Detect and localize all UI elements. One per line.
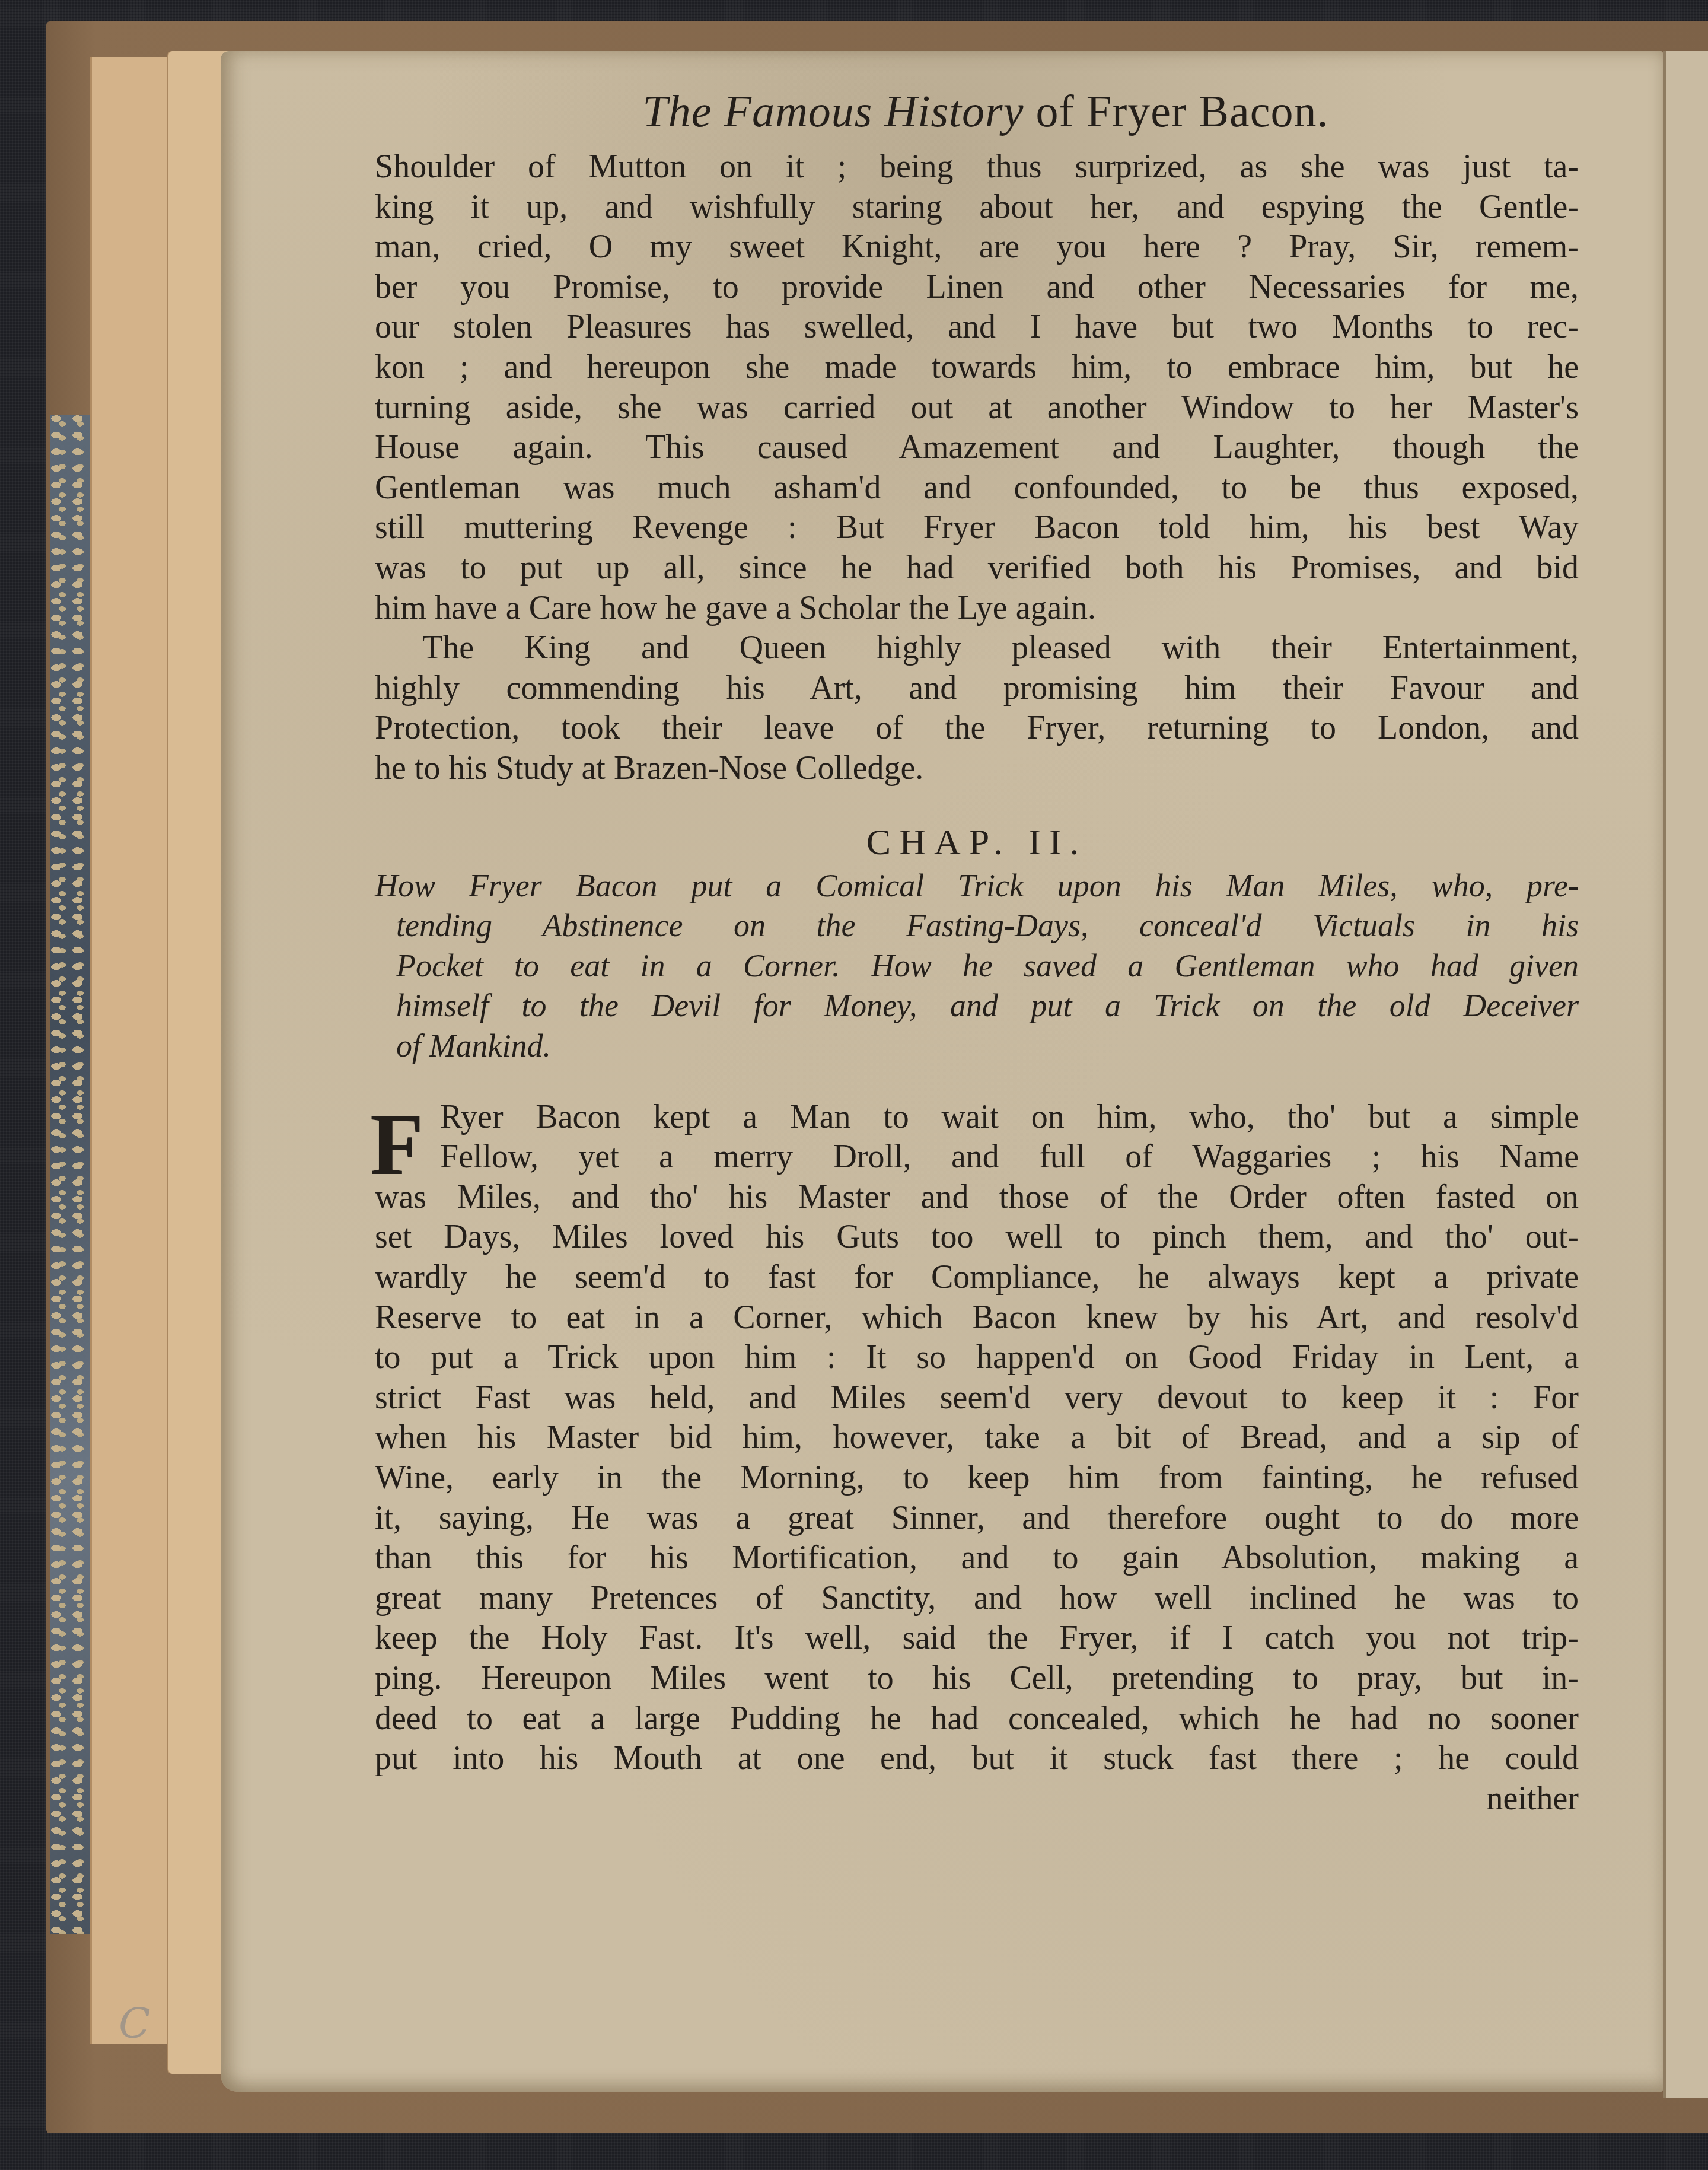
text-line: when his Master bid him, however, take a… (375, 1418, 1579, 1458)
page-text: The Famous History of Fryer Bacon. Shoul… (375, 89, 1579, 1819)
summary-line: of Mankind. (375, 1026, 1579, 1067)
text-line: Fellow, yet a merry Droll, and full of W… (375, 1137, 1579, 1178)
text-line: still muttering Revenge : But Fryer Baco… (375, 508, 1579, 548)
chapter-summary: How Fryer Bacon put a Comical Trick upon… (375, 866, 1579, 1067)
adjacent-page-edge (1663, 51, 1708, 2098)
text-line: him have a Care how he gave a Scholar th… (375, 588, 1579, 629)
paragraph-section1: Shoulder of Mutton on it ; being thus su… (375, 147, 1579, 628)
text-line: strict Fast was held, and Miles seem'd v… (375, 1378, 1579, 1418)
text-line: turning aside, she was carried out at an… (375, 388, 1579, 428)
text-line: ping. Hereupon Miles went to his Cell, p… (375, 1659, 1579, 1699)
endpaper-leaf-outer (90, 57, 169, 2044)
text-line: keep the Holy Fast. It's well, said the … (375, 1618, 1579, 1659)
text-line: wardly he seem'd to fast for Compliance,… (375, 1258, 1579, 1298)
drop-cap: F (370, 1101, 423, 1189)
paragraph-section3: F Ryer Bacon kept a Man to wait on him, … (375, 1097, 1579, 1819)
text-line: Ryer Bacon kept a Man to wait on him, wh… (375, 1097, 1579, 1138)
summary-line: tending Abstinence on the Fasting-Days, … (375, 906, 1579, 946)
text-line: to put a Trick upon him : It so happen'd… (375, 1338, 1579, 1378)
chapter-heading: CHAP. II. (375, 822, 1579, 863)
text-line: great many Pretences of Sanctity, and ho… (375, 1579, 1579, 1619)
pencil-margin-annotation: C (119, 1999, 151, 2048)
text-line: deed to eat a large Pudding he had conce… (375, 1699, 1579, 1739)
text-line: king it up, and wishfully staring about … (375, 187, 1579, 228)
text-line: Gentleman was much asham'd and confounde… (375, 468, 1579, 508)
text-line: set Days, Miles loved his Guts too well … (375, 1217, 1579, 1258)
running-head: The Famous History of Fryer Bacon. (375, 89, 1579, 134)
running-head-italic: The Famous History (643, 87, 1024, 136)
catchword: neither (375, 1779, 1579, 1819)
text-line: The King and Queen highly pleased with t… (375, 628, 1579, 669)
text-line: Reserve to eat in a Corner, which Bacon … (375, 1298, 1579, 1338)
summary-line: How Fryer Bacon put a Comical Trick upon… (375, 866, 1579, 906)
paragraph-section2: The King and Queen highly pleased with t… (375, 628, 1579, 788)
text-line: than this for his Mortification, and to … (375, 1538, 1579, 1579)
text-line: was Miles, and tho' his Master and those… (375, 1178, 1579, 1218)
text-line: Wine, early in the Morning, to keep him … (375, 1458, 1579, 1498)
text-line: highly commending his Art, and promising… (375, 669, 1579, 709)
text-line: he to his Study at Brazen-Nose Colledge. (375, 749, 1579, 789)
text-line: it, saying, He was a great Sinner, and t… (375, 1498, 1579, 1539)
text-line: kon ; and hereupon she made towards him,… (375, 348, 1579, 388)
summary-line: Pocket to eat in a Corner. How he saved … (375, 946, 1579, 987)
text-line: our stolen Pleasures has swelled, and I … (375, 307, 1579, 348)
text-line: put into his Mouth at one end, but it st… (375, 1739, 1579, 1779)
summary-line: himself to the Devil for Money, and put … (375, 986, 1579, 1026)
spacer (375, 1067, 1579, 1097)
text-line: was to put up all, since he had verified… (375, 548, 1579, 588)
text-line: man, cried, O my sweet Knight, are you h… (375, 227, 1579, 268)
text-line: Protection, took their leave of the Frye… (375, 708, 1579, 749)
text-line: House again. This caused Amazement and L… (375, 428, 1579, 468)
running-head-roman: of Fryer Bacon. (1035, 87, 1328, 136)
text-line: ber you Promise, to provide Linen and ot… (375, 268, 1579, 308)
text-line: Shoulder of Mutton on it ; being thus su… (375, 147, 1579, 187)
marbled-endpaper-edge (50, 415, 91, 1934)
